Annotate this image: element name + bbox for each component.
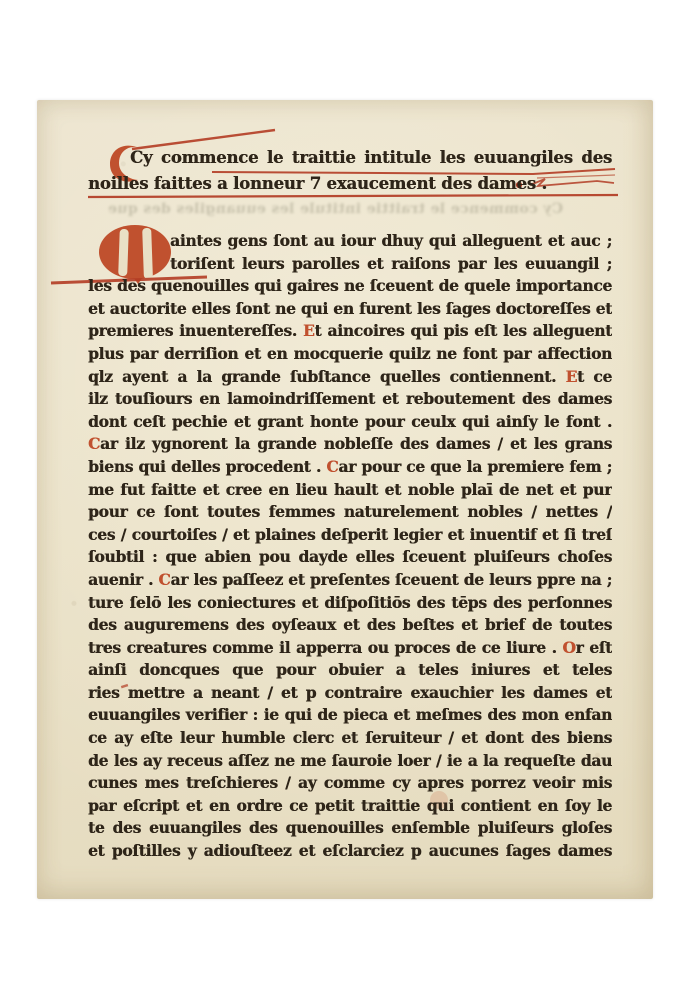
manuscript-page: Cy commence le traittie intitule les euu…	[37, 100, 653, 899]
text-line: et auctorite elles ſont ne qui en furent…	[88, 298, 612, 321]
line-text: tres creatures comme il apperra ou proce…	[88, 638, 562, 657]
text-line: tres creatures comme il apperra ou proce…	[88, 637, 612, 660]
line-text: des auguremens des oyſeaux et des beſtes…	[88, 615, 612, 637]
rubricated-letter: O	[562, 638, 575, 657]
line-text: auenir .	[88, 570, 158, 589]
text-line: cunes mes treſchieres / ay comme cy apre…	[88, 772, 612, 795]
text-line: auenir . Car les paſſeez et preſentes ſc…	[88, 569, 612, 592]
text-line: ces / courtoiſes / et plaines deſperit l…	[88, 524, 612, 547]
line-text: biens qui delles procedent .	[88, 457, 326, 476]
text-line: et poſtilles y adiouſteez et eſclarciez …	[88, 840, 612, 863]
heading-line-1: Cy commence le traittie intitule les euu…	[130, 145, 612, 171]
heading-line-2: noilles faittes a lonneur 7 exaucement d…	[88, 171, 612, 197]
line-text: ilz touſiours en lamoindriſſement et reb…	[88, 389, 612, 408]
text-line: ture ſelō les coniectures et diſpoſitiōs…	[88, 592, 612, 615]
text-line: ainſi doncques que pour obuier a teles i…	[88, 659, 612, 682]
bleedthrough-text: Cy commence le traittie intitule les euu…	[95, 199, 563, 219]
text-line: ries mettre a neant / et p contraire exa…	[88, 682, 612, 705]
line-text: ces / courtoiſes / et plaines deſperit l…	[88, 525, 612, 547]
line-text: ſoubtil : que abien pou dayde elles ſceu…	[88, 547, 612, 566]
line-text: ainſi doncques que pour obuier a teles i…	[88, 660, 612, 682]
text-line: ce ay eſte leur humble clerc et ſeruiteu…	[88, 727, 612, 750]
text-line: par eſcript et en ordre ce petit traitti…	[88, 795, 612, 818]
line-text: ar les paſſeez et preſentes ſceuent de l…	[170, 570, 612, 589]
body-text-block: aintes gens ſont au iour dhuy qui allegu…	[88, 230, 612, 863]
line-text: euuangiles verifier : ie qui de pieca et…	[88, 705, 612, 727]
line-text: cunes mes treſchieres / ay comme cy apre…	[88, 773, 612, 792]
line-text: dont ceſt pechie et grant honte pour ceu…	[88, 412, 612, 431]
line-text: aintes gens ſont au iour dhuy qui allegu…	[170, 231, 612, 250]
line-text: ar pour ce que la premiere fem ;	[338, 457, 612, 476]
rubricated-letter: C	[88, 434, 100, 453]
rubricated-letter: C	[158, 570, 170, 589]
text-line: ſoubtil : que abien pou dayde elles ſceu…	[88, 546, 612, 569]
line-text: les des quenouilles qui gaires ne ſceuen…	[88, 276, 612, 295]
line-text: pour ce ſont toutes femmes naturelement …	[88, 502, 612, 524]
text-line: aintes gens ſont au iour dhuy qui allegu…	[170, 230, 612, 253]
text-line: des auguremens des oyſeaux et des beſtes…	[88, 614, 612, 637]
line-text: toriſent leurs parolles et raiſons par l…	[170, 254, 612, 273]
line-text: qlz ayent a la grande ſubſtance quelles …	[88, 367, 566, 386]
text-line: te des euuangiles des quenouilles enſemb…	[88, 817, 612, 840]
text-line: premieres inuentereſſes. Et aincoires qu…	[88, 320, 612, 343]
line-text: ce ay eſte leur humble clerc et ſeruiteu…	[88, 728, 612, 750]
scanned-page-background: Cy commence le traittie intitule les euu…	[0, 0, 693, 1000]
line-text: plus par derriſion et en mocquerie quilz…	[88, 344, 612, 363]
text-line: euuangiles verifier : ie qui de pieca et…	[88, 704, 612, 727]
line-text: t aincoires qui pis eſt les alleguent	[314, 321, 612, 340]
text-line: les des quenouilles qui gaires ne ſceuen…	[88, 275, 612, 298]
line-text: me fut faitte et cree en lieu hault et n…	[88, 480, 612, 502]
text-line: pour ce ſont toutes femmes naturelement …	[88, 501, 612, 524]
line-text: ture ſelō les coniectures et diſpoſitiōs…	[88, 593, 612, 612]
line-text: et poſtilles y adiouſteez et eſclarciez …	[88, 841, 612, 860]
rubricated-letter: C	[326, 457, 338, 476]
text-line: biens qui delles procedent . Car pour ce…	[88, 456, 612, 479]
rubricated-letter: E	[303, 321, 315, 340]
line-text: ar ilz ygnorent la grande nobleſſe des d…	[100, 434, 612, 453]
line-text: te des euuangiles des quenouilles enſemb…	[88, 818, 612, 837]
text-line: dont ceſt pechie et grant honte pour ceu…	[88, 411, 612, 434]
line-text: de les ay receus aſſez ne me ſauroie loe…	[88, 751, 612, 773]
text-line: plus par derriſion et en mocquerie quilz…	[88, 343, 612, 366]
line-text: par eſcript et en ordre ce petit traitti…	[88, 796, 612, 818]
line-text: premieres inuentereſſes.	[88, 321, 303, 340]
text-line: ilz touſiours en lamoindriſſement et reb…	[88, 388, 612, 411]
text-line: de les ay receus aſſez ne me ſauroie loe…	[88, 750, 612, 773]
line-text: ries mettre a neant / et p contraire exa…	[88, 683, 612, 705]
text-line: me fut faitte et cree en lieu hault et n…	[88, 479, 612, 502]
line-text: r eſt	[576, 638, 612, 657]
rubricated-letter: E	[566, 367, 578, 386]
text-line: qlz ayent a la grande ſubſtance quelles …	[88, 366, 612, 389]
line-text: et auctorite elles ſont ne qui en furent…	[88, 299, 612, 318]
text-line: Car ilz ygnorent la grande nobleſſe des …	[88, 433, 612, 456]
text-line: toriſent leurs parolles et raiſons par l…	[170, 253, 612, 276]
